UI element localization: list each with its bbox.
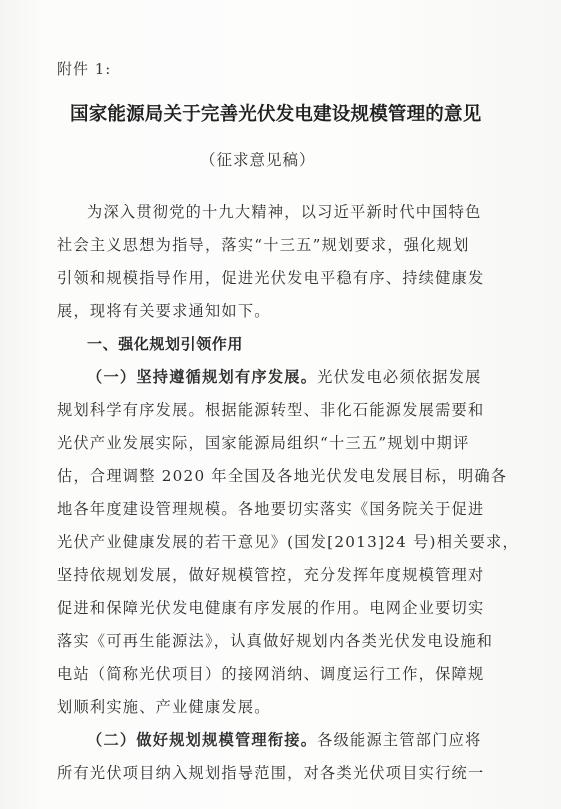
paragraph-line: 电站（简称光伏项目）的接网消纳、调度运行工作，保障规: [57, 658, 441, 691]
paragraph-line: 划顺利实施、产业健康发展。: [57, 691, 441, 724]
paragraph-line: 引领和规模指导作用，促进光伏发电平稳有序、持续健康发: [57, 262, 441, 295]
paragraph-line: 落实《可再生能源法》，认真做好规划内各类光伏发电设施和: [57, 625, 441, 658]
paragraph-line: （二）做好规划规模管理衔接。各级能源主管部门应将: [57, 724, 441, 757]
section-heading: 一、强化规划引领作用: [57, 328, 441, 361]
document-page: 附件 1: 国家能源局关于完善光伏发电建设规模管理的意见 （征求意见稿） 为深入…: [0, 0, 561, 809]
paragraph-line: 坚持依规划发展，做好规模管控，充分发挥年度规模管理对: [57, 559, 441, 592]
document-subtitle: （征求意见稿）: [200, 148, 316, 170]
paragraph-line: 规划科学有序发展。根据能源转型、非化石能源发展需要和: [57, 394, 441, 427]
attachment-label: 附件 1:: [57, 58, 111, 79]
paragraph-line: 为深入贯彻党的十九大精神，以习近平新时代中国特色: [57, 196, 441, 229]
paragraph-line: 地各年度建设管理规模。各地要切实落实《国务院关于促进: [57, 493, 441, 526]
paragraph-line: 展，现将有关要求通知如下。: [57, 295, 441, 328]
paragraph-line: （一）坚持遵循规划有序发展。光伏发电必须依据发展: [57, 361, 441, 394]
item-heading: （二）做好规划规模管理衔接。: [87, 731, 317, 749]
item-text: 光伏发电必须依据发展: [317, 368, 481, 386]
item-heading: （一）坚持遵循规划有序发展。: [87, 368, 317, 386]
paragraph-line: 社会主义思想为指导，落实“十三五”规划要求，强化规划: [57, 229, 441, 262]
document-title: 国家能源局关于完善光伏发电建设规模管理的意见: [70, 100, 430, 126]
page-number: 3: [243, 770, 250, 783]
paragraph-line: 光伏产业发展实际，国家能源局组织“十三五”规划中期评: [57, 427, 441, 460]
paragraph-line: 光伏产业健康发展的若干意见》(国发[2013]24 号)相关要求，: [57, 526, 441, 559]
paragraph-line: 促进和保障光伏发电健康有序发展的作用。电网企业要切实: [57, 592, 441, 625]
item-text: 各级能源主管部门应将: [317, 731, 481, 749]
paragraph-line: 估，合理调整 2020 年全国及各地光伏发电发展目标，明确各: [57, 460, 441, 493]
document-body: 为深入贯彻党的十九大精神，以习近平新时代中国特色 社会主义思想为指导，落实“十三…: [57, 196, 441, 790]
